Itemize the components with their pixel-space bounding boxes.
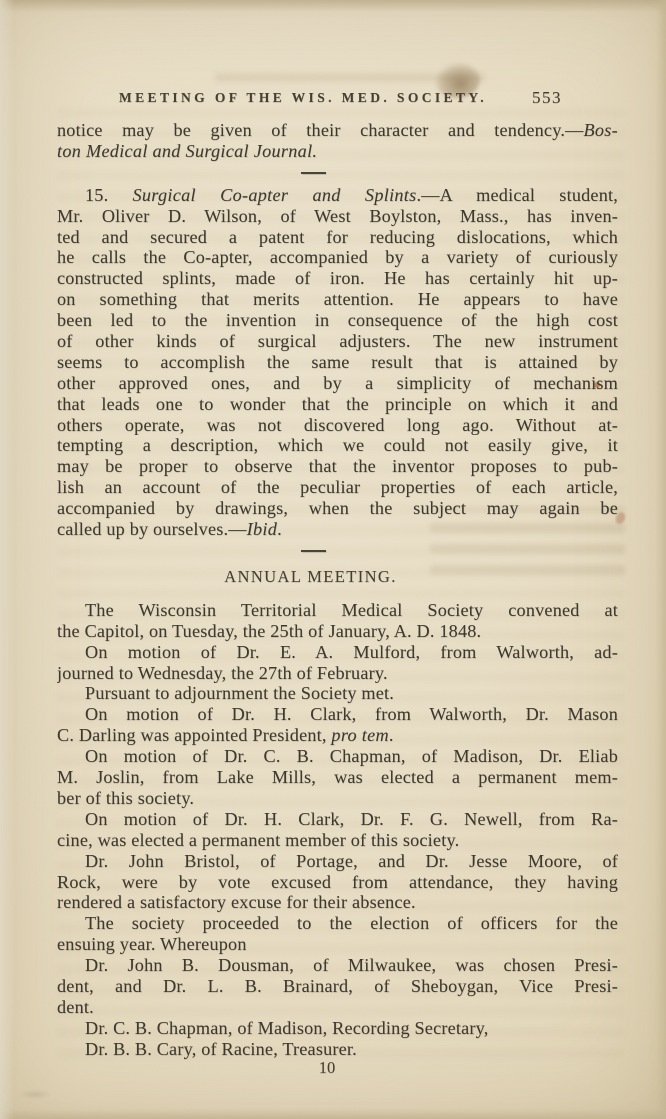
body-paragraph: Dr. B. B. Cary, of Racine, Treasurer. [57,1039,618,1060]
text-run: C. Darling was appointed President, [57,725,331,745]
body-paragraph: On motion of Dr. H. Clark, Dr. F. G. New… [57,809,618,851]
body-paragraph: On motion of Dr. C. B. Chapman, of Madis… [57,746,618,809]
body-line: lish an account of the peculiar properti… [57,477,618,498]
text-run: ber of this society. [57,788,194,808]
running-head: MEETING OF THE WIS. MED. SOCIETY. 553 [57,88,618,110]
body-line: tempting a description, which we could n… [57,435,618,456]
body-line: ber of this society. [57,788,618,809]
body-line: constructed splints, made of iron. He ha… [57,268,618,289]
text-run: journed to Wednesday, the 27th of Februa… [57,663,388,683]
text-run: On motion of Dr. H. Clark, Dr. F. G. New… [85,809,618,829]
body-line: dent. [57,997,618,1018]
text-run: he calls the Co-apter, accompanied by a … [57,247,618,267]
body-paragraph: Dr. C. B. Chapman, of Madison, Recording… [57,1018,618,1039]
text-run: . [277,519,282,539]
text-run: on something that merits attention. He a… [57,289,618,309]
text-run: rendered a satisfactory excuse for their… [57,892,416,912]
body-line: On motion of Dr. E. A. Mulford, from Wal… [57,642,618,663]
text-run: the Capitol, on Tuesday, the 25th of Jan… [57,621,481,641]
page-edge-left [0,0,14,1119]
text-run: accompanied by drawings, when the subjec… [57,498,618,518]
running-head-title: MEETING OF THE WIS. MED. SOCIETY. [119,90,487,106]
page-number: 553 [532,88,562,108]
text-run: The society proceeded to the election of… [85,913,618,933]
body-line: he calls the Co-apter, accompanied by a … [57,247,618,268]
text-block: notice may be given of their character a… [57,120,618,1060]
body-line: accompanied by drawings, when the subjec… [57,498,618,519]
body-line: Mr. Oliver D. Wilson, of West Boylston, … [57,206,618,227]
body-line: Rock, were by vote excused from attendan… [57,872,618,893]
page-edge-right [656,0,666,1119]
scanned-page: MEETING OF THE WIS. MED. SOCIETY. 553 no… [0,0,666,1119]
body-paragraph: On motion of Dr. H. Clark, from Walworth… [57,704,618,746]
text-run-italic: pro tem [331,725,389,745]
text-run-italic: Ibid [247,519,278,539]
body-line: On motion of Dr. H. Clark, Dr. F. G. New… [57,809,618,830]
text-run: been led to the invention in consequence… [57,310,618,330]
text-run: M. Joslin, from Lake Mills, was elected … [57,767,618,787]
body-paragraph: Dr. John Bristol, of Portage, and Dr. Je… [57,851,618,914]
text-run: On motion of Dr. H. Clark, from Walworth… [85,704,618,724]
text-run: .—A medical student, [417,185,618,205]
page-edge-bottom [0,1109,666,1119]
body-paragraph: On motion of Dr. E. A. Mulford, from Wal… [57,642,618,684]
text-run: lish an account of the peculiar properti… [57,477,618,497]
body-line: M. Joslin, from Lake Mills, was elected … [57,767,618,788]
body-line: C. Darling was appointed President, pro … [57,725,618,746]
text-run-italic: Surgical Co-apter and Splints [133,185,417,205]
body-line: On motion of Dr. H. Clark, from Walworth… [57,704,618,725]
body-line: cine, was elected a permanent member of … [57,830,618,851]
body-line: that leads one to wonder that the princi… [57,394,618,415]
body-line: Dr. John B. Dousman, of Milwaukee, was c… [57,955,618,976]
text-run: Rock, were by vote excused from attendan… [57,872,618,892]
body-paragraph: 15. Surgical Co-apter and Splints.—A med… [57,185,618,540]
text-run: constructed splints, made of iron. He ha… [57,268,618,288]
text-run: On motion of Dr. C. B. Chapman, of Madis… [85,746,618,766]
text-run: tempting a description, which we could n… [57,435,618,455]
body-line: The society proceeded to the election of… [57,913,618,934]
text-run: Dr. John Bristol, of Portage, and Dr. Je… [85,851,618,871]
body-line: 15. Surgical Co-apter and Splints.—A med… [57,185,618,206]
text-run: 15. [85,185,133,205]
body-line: Dr. B. B. Cary, of Racine, Treasurer. [57,1039,618,1060]
text-run-italic: Bos- [583,120,618,140]
body-line: of other kinds of surgical adjusters. Th… [57,331,618,352]
text-run: dent, and Dr. L. B. Brainard, of Sheboyg… [57,976,618,996]
text-run: Mr. Oliver D. Wilson, of West Boylston, … [57,206,618,226]
text-run: notice may be given of their character a… [57,120,583,140]
body-paragraph: Dr. John B. Dousman, of Milwaukee, was c… [57,955,618,1018]
divider-dash [301,172,326,174]
page-edge-top [0,0,666,12]
body-line: Dr. John Bristol, of Portage, and Dr. Je… [57,851,618,872]
text-run: of other kinds of surgical adjusters. Th… [57,331,618,351]
text-run: The Wisconsin Territorial Medical Societ… [85,600,618,620]
body-line: may be proper to observe that the invent… [57,456,618,477]
body-line: other approved ones, and by a simplicity… [57,373,618,394]
text-run: ensuing year. Whereupon [57,934,247,954]
text-run: On motion of Dr. E. A. Mulford, from Wal… [85,642,618,662]
body-line: on something that merits attention. He a… [57,289,618,310]
text-run: others operate, was not discovered long … [57,415,618,435]
body-line: seems to accomplish the same result that… [57,352,618,373]
text-run: seems to accomplish the same result that… [57,352,618,372]
text-run: dent. [57,997,94,1017]
body-line: ted and secured a patent for reducing di… [57,227,618,248]
body-line: On motion of Dr. C. B. Chapman, of Madis… [57,746,618,767]
body-line: ensuing year. Whereupon [57,934,618,955]
body-line: ton Medical and Surgical Journal. [57,141,618,162]
text-run: other approved ones, and by a simplicity… [57,373,618,393]
body-line: Dr. C. B. Chapman, of Madison, Recording… [57,1018,618,1039]
section-heading: ANNUAL MEETING. [57,567,618,588]
text-run: Dr. B. B. Cary, of Racine, Treasurer. [85,1039,357,1059]
text-run: Dr. C. B. Chapman, of Madison, Recording… [85,1018,489,1038]
text-run: . [389,725,394,745]
signature-mark: 10 [0,1058,666,1078]
body-line: rendered a satisfactory excuse for their… [57,892,618,913]
text-run: cine, was elected a permanent member of … [57,830,459,850]
body-paragraph: notice may be given of their character a… [57,120,618,162]
body-line: dent, and Dr. L. B. Brainard, of Sheboyg… [57,976,618,997]
text-run: Dr. John B. Dousman, of Milwaukee, was c… [85,955,618,975]
section-divider [57,540,618,563]
text-run: Pursuant to adjournment the Society met. [85,683,394,703]
body-line: Pursuant to adjournment the Society met. [57,683,618,704]
text-run: may be proper to observe that the invent… [57,456,618,476]
body-line: others operate, was not discovered long … [57,415,618,436]
body-line: notice may be given of their character a… [57,120,618,141]
text-run: that leads one to wonder that the princi… [57,394,618,414]
corner-smudge [18,1090,52,1099]
body-paragraph: The society proceeded to the election of… [57,913,618,955]
body-line: journed to Wednesday, the 27th of Februa… [57,663,618,684]
body-line: called up by ourselves.—Ibid. [57,519,618,540]
divider-dash [301,550,326,552]
text-run: called up by ourselves.— [57,519,247,539]
body-line: the Capitol, on Tuesday, the 25th of Jan… [57,621,618,642]
body-paragraph: Pursuant to adjournment the Society met. [57,683,618,704]
body-line: been led to the invention in consequence… [57,310,618,331]
body-line: The Wisconsin Territorial Medical Societ… [57,600,618,621]
section-divider [57,162,618,185]
body-paragraph: The Wisconsin Territorial Medical Societ… [57,600,618,642]
text-run: ted and secured a patent for reducing di… [57,227,618,247]
text-run-italic: ton Medical and Surgical Journal. [57,141,317,161]
show-through-artifact [215,66,485,82]
